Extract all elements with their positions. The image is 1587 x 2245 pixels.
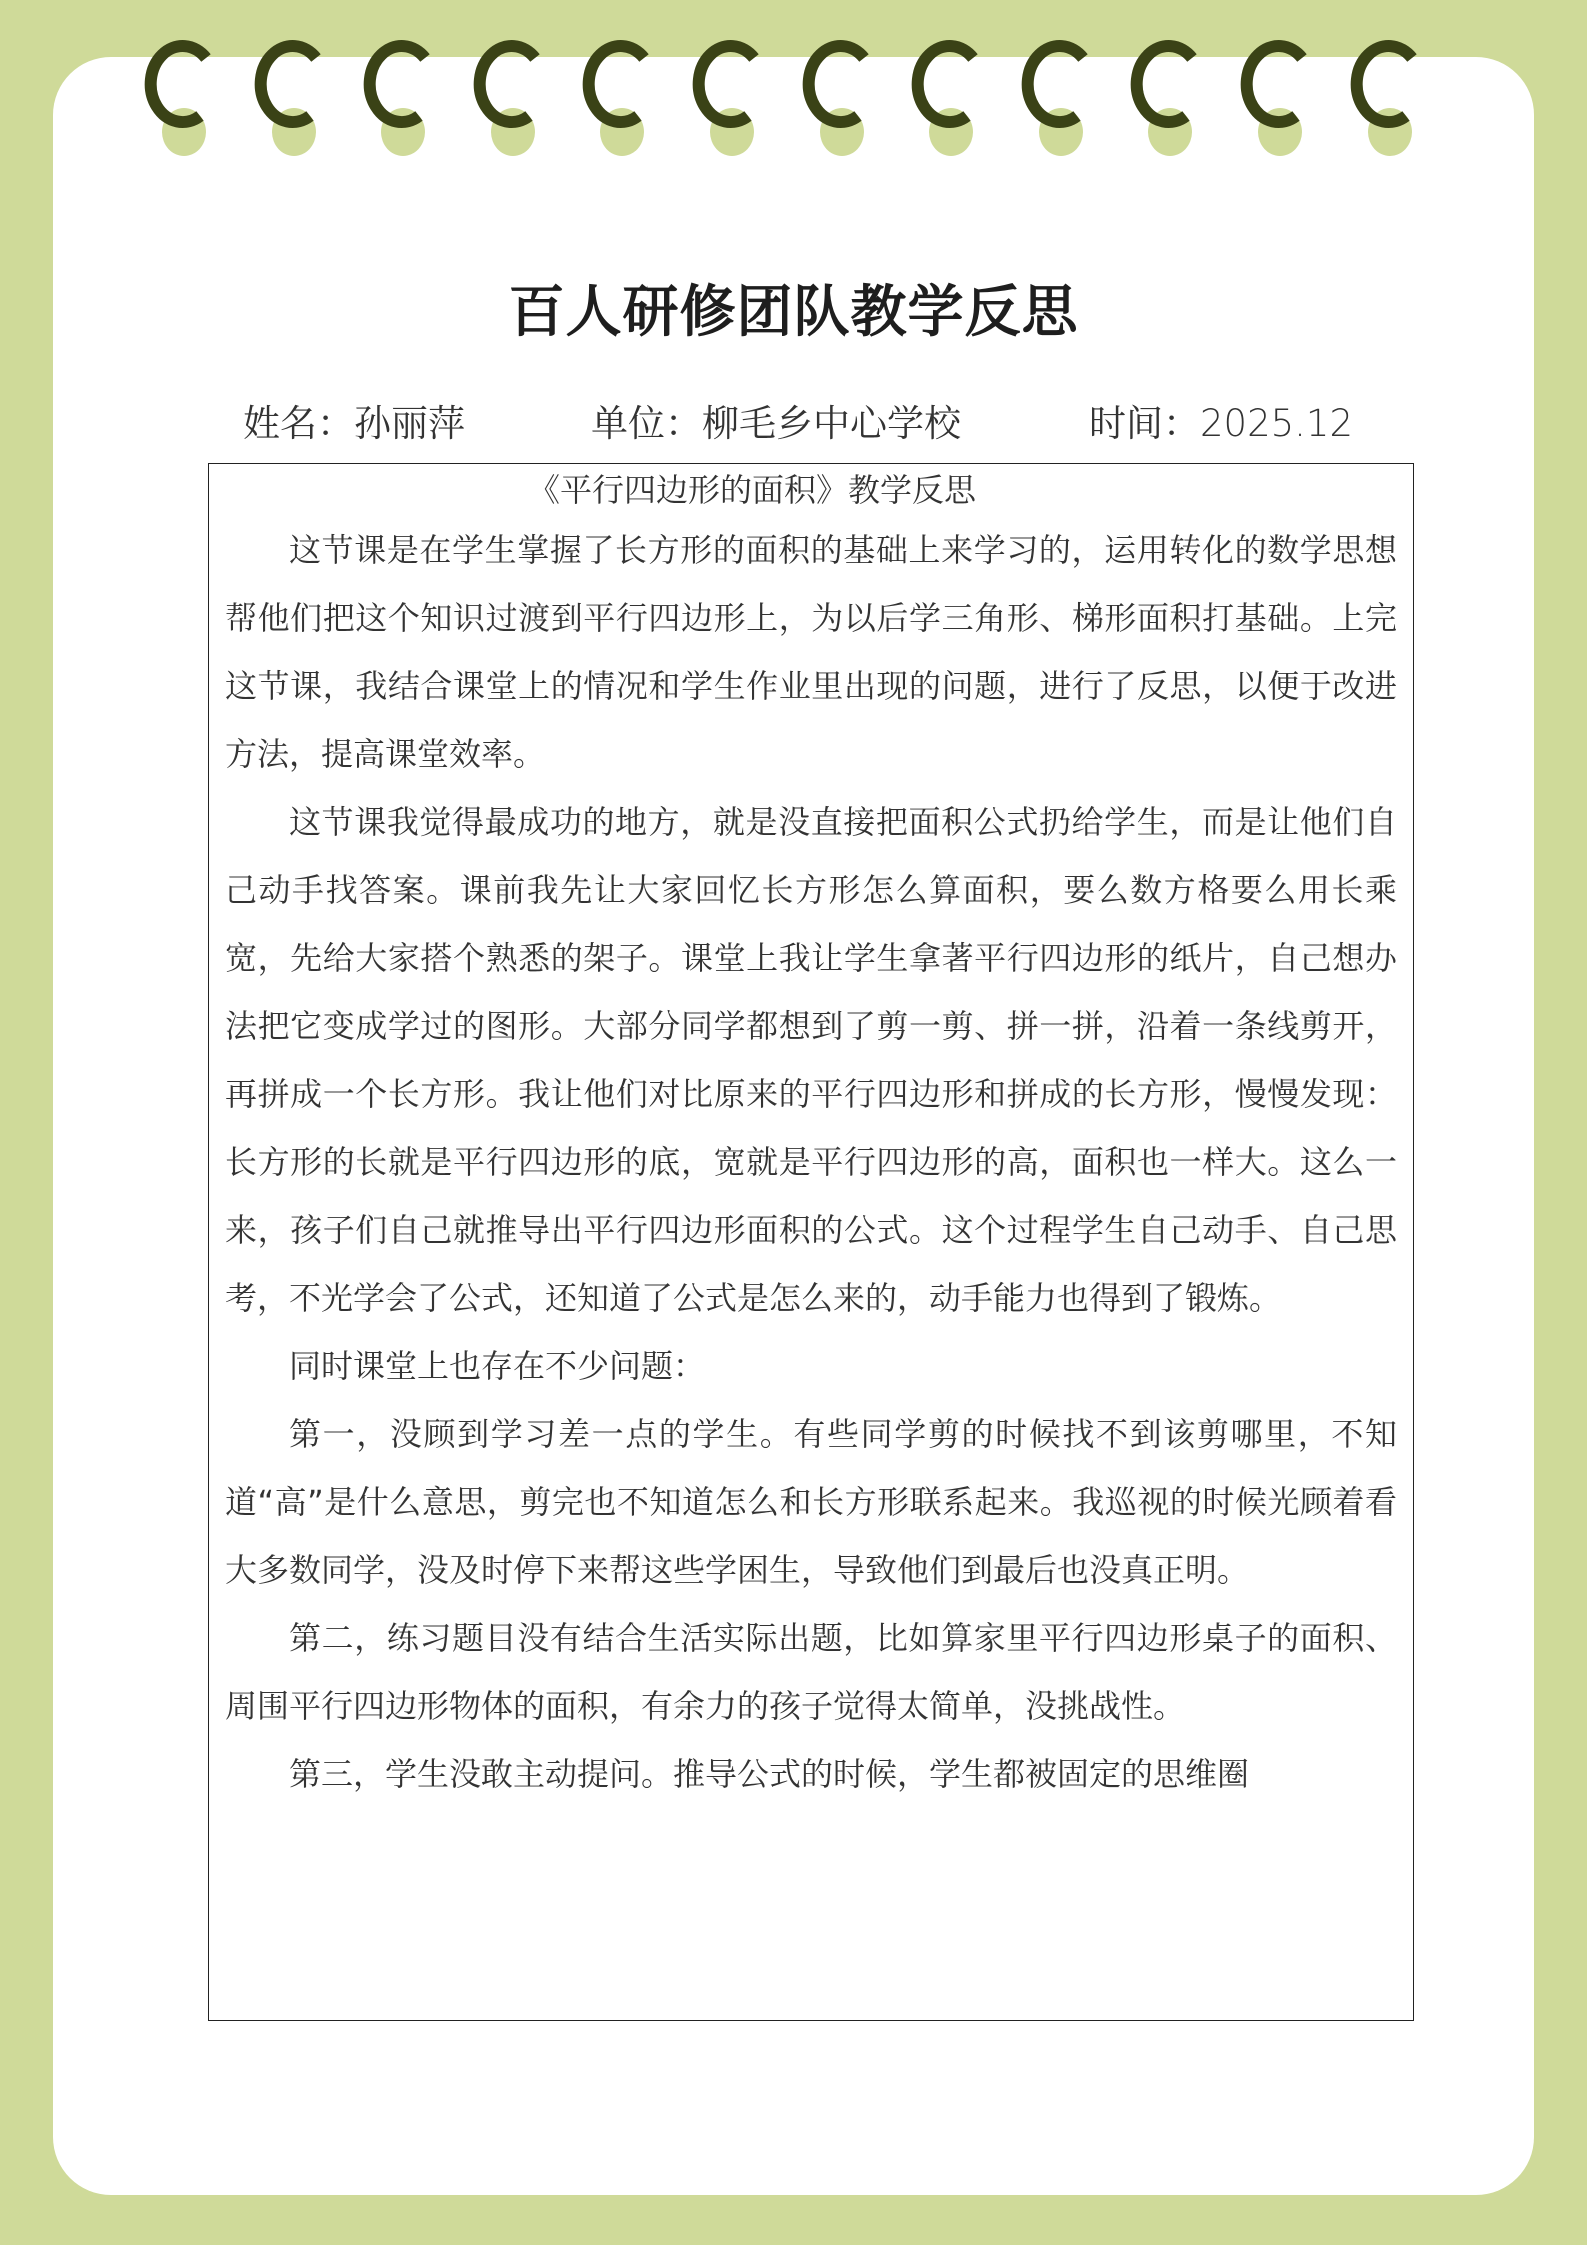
paragraph: 这节课是在学生掌握了长方形的面积的基础上来学习的，运用转化的数学思想帮他们把这个… (225, 516, 1397, 788)
paragraph: 第二，练习题目没有结合生活实际出题，比如算家里平行四边形桌子的面积、周围平行四边… (225, 1604, 1397, 1740)
paragraph: 同时课堂上也存在不少问题： (225, 1332, 1397, 1400)
spiral-ring-icon (254, 28, 334, 158)
paragraph: 这节课我觉得最成功的地方，就是没直接把面积公式扔给学生，而是让他们自己动手找答案… (225, 788, 1397, 1332)
teacher-unit: 单位：柳毛乡中心学校 (591, 393, 961, 447)
page-title: 百人研修团队教学反思 (0, 268, 1587, 348)
spiral-ring-icon (692, 28, 772, 158)
document-body: 这节课是在学生掌握了长方形的面积的基础上来学习的，运用转化的数学思想帮他们把这个… (225, 516, 1397, 1808)
spiral-ring-icon (802, 28, 882, 158)
spiral-binding (0, 0, 1587, 170)
spiral-ring-icon (1350, 28, 1430, 158)
report-time: 时间：2025.12 (1089, 393, 1353, 447)
reflection-box: 《平行四边形的面积》教学反思 这节课是在学生掌握了长方形的面积的基础上来学习的，… (208, 463, 1414, 2021)
spiral-ring-icon (1130, 28, 1210, 158)
paragraph: 第一，没顾到学习差一点的学生。有些同学剪的时候找不到该剪哪里，不知道“高”是什么… (225, 1400, 1397, 1604)
document-title: 《平行四边形的面积》教学反思 (209, 464, 1414, 516)
spiral-ring-icon (363, 28, 443, 158)
spiral-ring-icon (1021, 28, 1101, 158)
teacher-name: 姓名：孙丽萍 (243, 393, 465, 447)
spiral-ring-icon (911, 28, 991, 158)
spiral-ring-icon (144, 28, 224, 158)
spiral-ring-icon (1240, 28, 1320, 158)
spiral-ring-icon (582, 28, 662, 158)
paragraph: 第三，学生没敢主动提问。推导公式的时候，学生都被固定的思维圈 (225, 1740, 1397, 1808)
spiral-ring-icon (473, 28, 553, 158)
